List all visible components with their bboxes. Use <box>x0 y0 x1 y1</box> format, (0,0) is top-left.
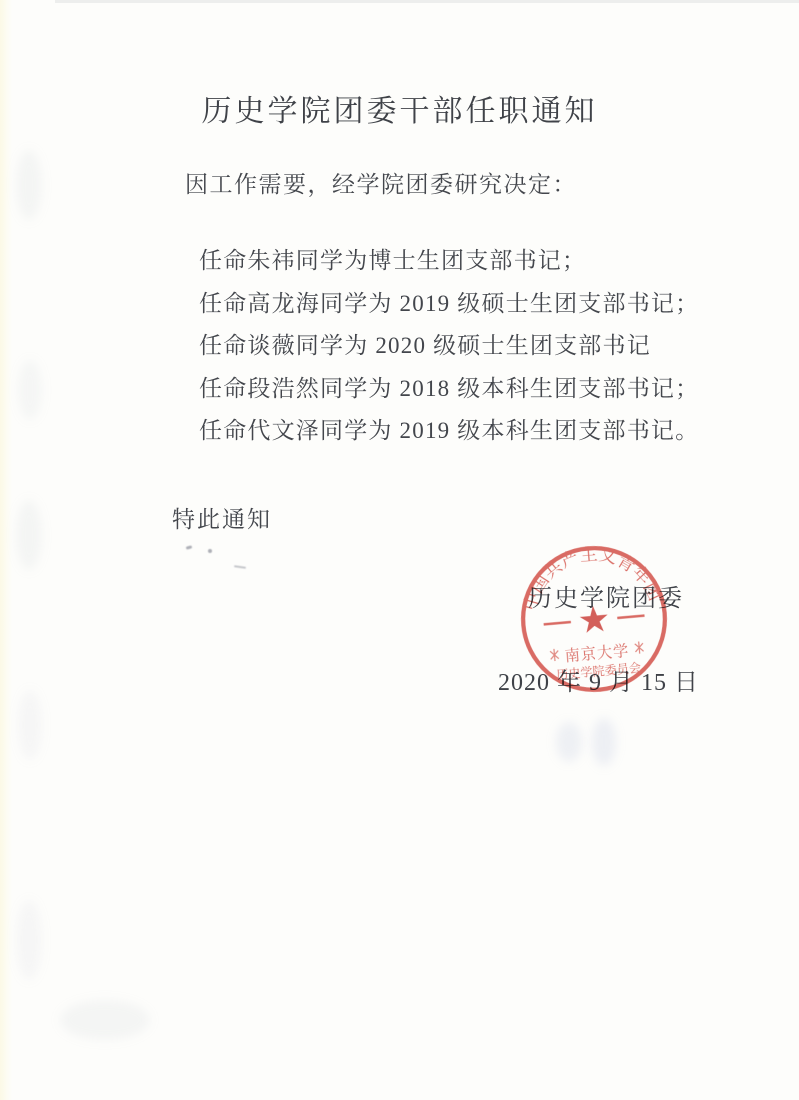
appointment-line: 任命谈薇同学为 2020 级硕士生团支部书记 <box>199 325 699 368</box>
pencil-mark <box>208 549 212 553</box>
seal-ornament-left <box>550 649 559 662</box>
appointment-line: 任命代文泽同学为 2019 级本科生团支部书记。 <box>199 410 699 453</box>
intro-paragraph: 因工作需要，经学院团委研究决定： <box>185 166 577 199</box>
pencil-mark <box>186 545 193 549</box>
seal-dash-left <box>544 622 571 624</box>
seal-dash-right <box>617 616 644 618</box>
scan-smudge <box>556 722 582 762</box>
appointment-line: 任命朱祎同学为博士生团支部书记； <box>199 240 699 283</box>
scan-top-edge <box>55 0 799 3</box>
scanned-notice-page: 历史学院团委干部任职通知 因工作需要，经学院团委研究决定： 任命朱祎同学为博士生… <box>0 0 799 1100</box>
seal-ornament-right <box>635 641 644 654</box>
official-seal: 中国共产主义青年团 ★ 南京大学 历史学院委员会 <box>506 531 682 707</box>
appointment-line: 任命段浩然同学为 2018 级本科生团支部书记； <box>199 368 699 411</box>
appointment-list: 任命朱祎同学为博士生团支部书记； 任命高龙海同学为 2019 级硕士生团支部书记… <box>199 240 699 453</box>
scan-smudge <box>16 150 42 220</box>
scan-smudge <box>18 360 42 420</box>
scan-smudge <box>18 690 42 760</box>
pencil-mark <box>234 565 246 569</box>
closing-phrase: 特此通知 <box>172 501 272 534</box>
scan-smudge <box>592 718 616 766</box>
appointment-line: 任命高龙海同学为 2019 级硕士生团支部书记； <box>199 283 699 326</box>
scan-smudge <box>60 1000 150 1040</box>
scan-smudge <box>16 500 42 570</box>
scan-smudge <box>16 900 42 980</box>
star-icon: ★ <box>576 597 612 643</box>
page-title: 历史学院团委干部任职通知 <box>0 86 799 130</box>
scan-edge-strip <box>0 0 12 1100</box>
